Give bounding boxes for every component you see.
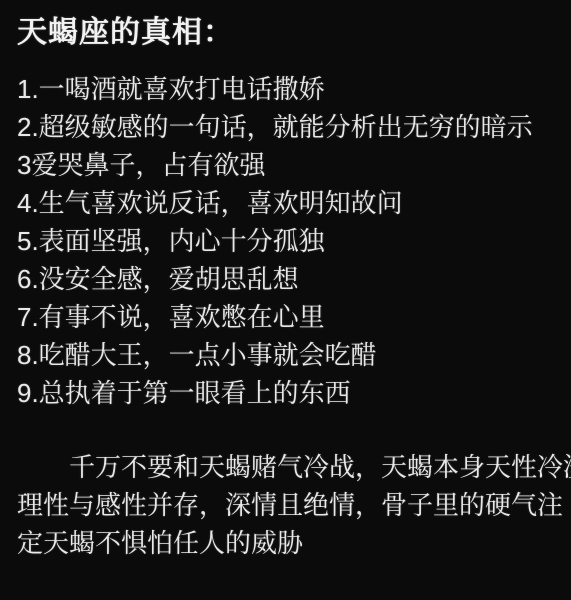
trait-item-6: 6.没安全感，爱胡思乱想: [17, 260, 554, 298]
trait-item-5: 5.表面坚强，内心十分孤独: [17, 222, 554, 260]
paragraph-line-3: 定天蝎不惧怕任人的威胁: [17, 524, 554, 562]
paragraph-line-2: 理性与感性并存，深情且绝情，骨子里的硬气注: [17, 486, 554, 524]
traits-list: 1.一喝酒就喜欢打电话撒娇 2.超级敏感的一句话，就能分析出无穷的暗示 3爱哭鼻…: [17, 70, 554, 412]
paragraph-line-1: 千万不要和天蝎赌气冷战，天蝎本身天性冷淡: [17, 448, 554, 486]
trait-item-4: 4.生气喜欢说反话，喜欢明知故问: [17, 184, 554, 222]
trait-item-2: 2.超级敏感的一句话，就能分析出无穷的暗示: [17, 108, 554, 146]
trait-item-9: 9.总执着于第一眼看上的东西: [17, 374, 554, 412]
trait-item-3: 3爱哭鼻子，占有欲强: [17, 146, 554, 184]
trait-item-8: 8.吃醋大王，一点小事就会吃醋: [17, 336, 554, 374]
closing-paragraph: 千万不要和天蝎赌气冷战，天蝎本身天性冷淡 理性与感性并存，深情且绝情，骨子里的硬…: [17, 448, 554, 562]
trait-item-7: 7.有事不说，喜欢憋在心里: [17, 298, 554, 336]
scorpio-truths-image: 天蝎座的真相： 1.一喝酒就喜欢打电话撒娇 2.超级敏感的一句话，就能分析出无穷…: [0, 0, 571, 600]
trait-item-1: 1.一喝酒就喜欢打电话撒娇: [17, 70, 554, 108]
page-title: 天蝎座的真相：: [17, 16, 554, 50]
